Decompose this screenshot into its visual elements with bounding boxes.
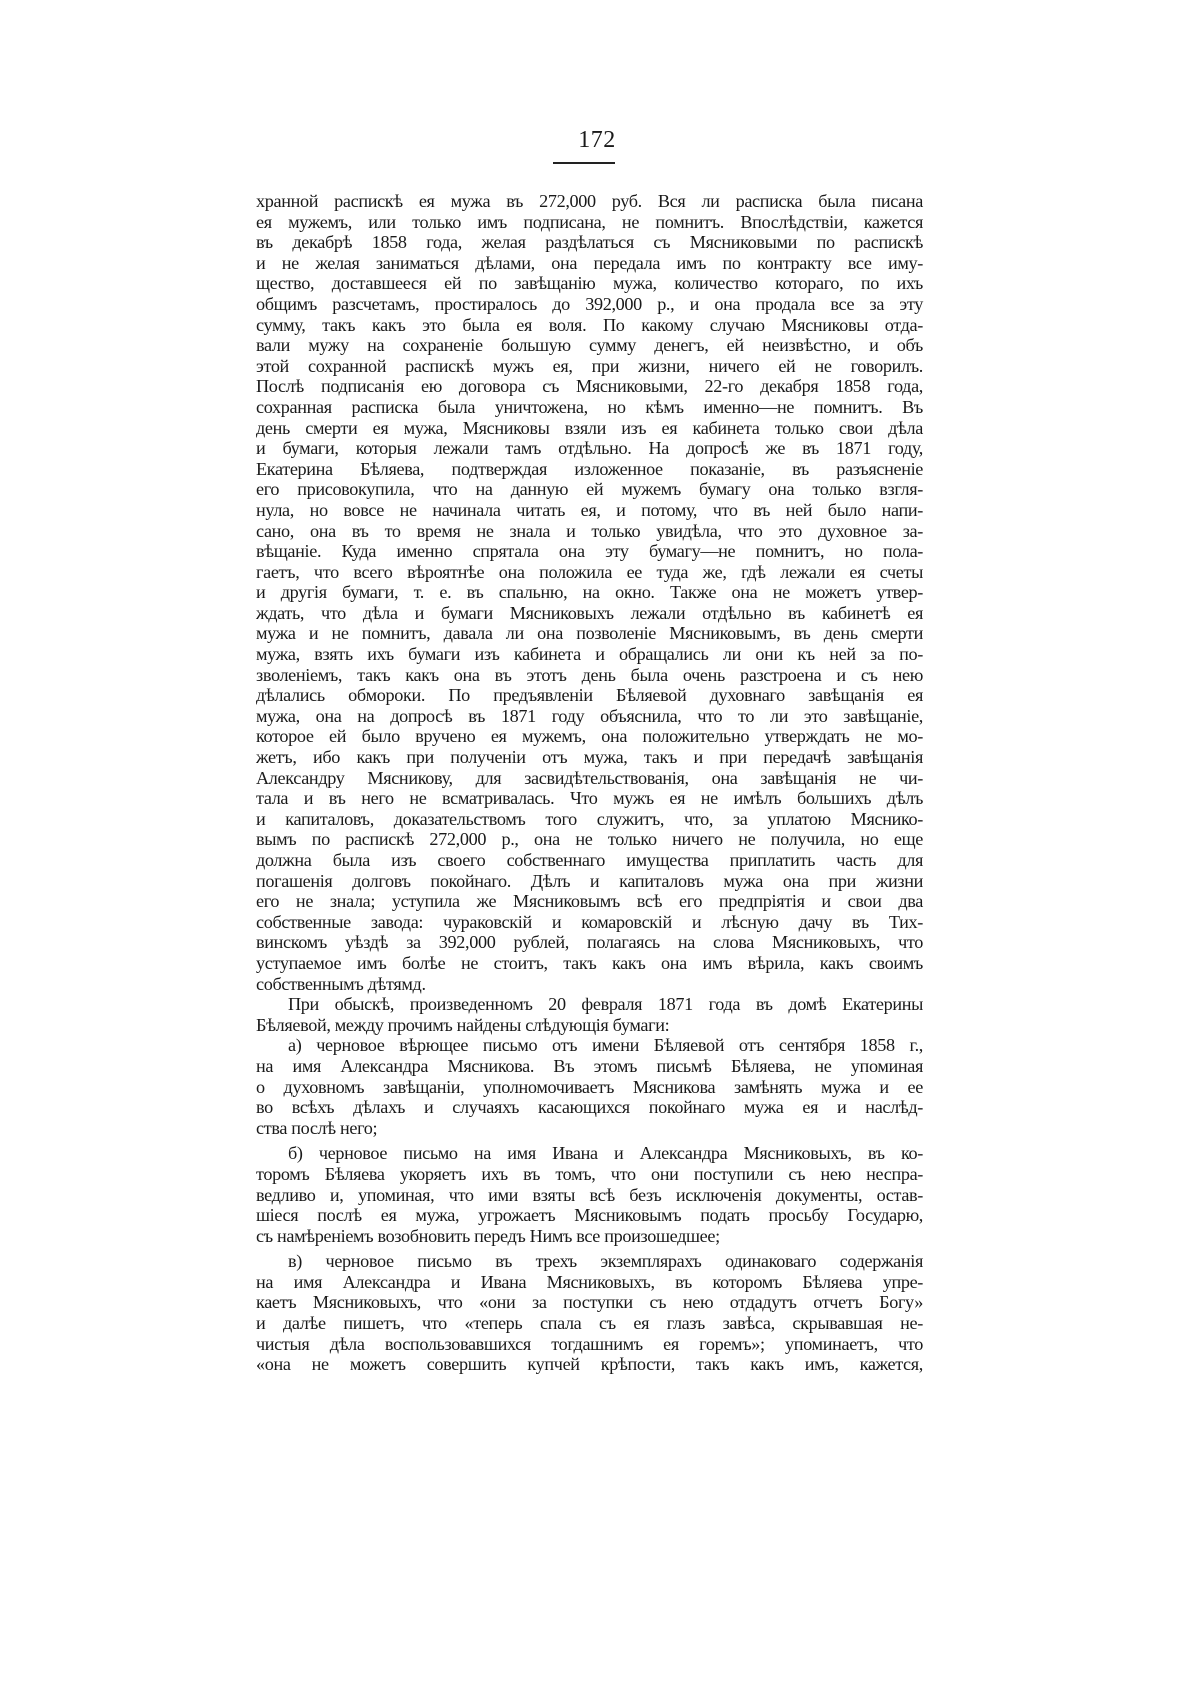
text-line: ждать, что дѣла и бумаги Мясниковыхъ леж… (256, 603, 923, 624)
text-line: съ намѣреніемъ возобновить передъ Нимъ в… (256, 1226, 923, 1247)
text-line: на имя Александра Мясникова. Въ этомъ пи… (256, 1056, 923, 1077)
text-line: общимъ разсчетамъ, простиралось до 392,0… (256, 294, 923, 315)
text-line: погашенія долговъ покойнаго. Дѣлъ и капи… (256, 871, 923, 892)
text-line: сано, она въ то время не знала и только … (256, 521, 923, 542)
text-line: нула, но вовсе не начинала читать ея, и … (256, 500, 923, 521)
text-line: зволеніемъ, такъ какъ она въ этотъ день … (256, 665, 923, 686)
text-line: мужа, она на допросѣ въ 1871 году объясн… (256, 706, 923, 727)
text-line: каетъ Мясниковыхъ, что «они за поступки … (256, 1292, 923, 1313)
text-line: мужа и не помнитъ, давала ли она позволе… (256, 623, 923, 644)
text-line: тала и въ него не всматривалась. Что муж… (256, 788, 923, 809)
text-line: «она не можетъ совершить купчей крѣпости… (256, 1354, 923, 1375)
text-line: и капиталовъ, доказательствомъ того служ… (256, 809, 923, 830)
page-number: 172 (0, 126, 1194, 154)
text-line: мужа, взять ихъ бумаги изъ кабинета и об… (256, 644, 923, 665)
text-line: ства послѣ него; (256, 1118, 923, 1139)
list-item-b: б) черновое письмо на имя Ивана и Алекса… (256, 1143, 923, 1246)
text-line: его присовокупила, что на данную ей муже… (256, 479, 923, 500)
paragraph-continuation: хранной распискѣ ея мужа въ 272,000 руб.… (256, 191, 923, 994)
text-line: и далѣе пишетъ, что «теперь спала съ ея … (256, 1313, 923, 1334)
text-line: Бѣляевой, между прочимъ найдены слѣдующі… (256, 1015, 923, 1036)
text-line: винскомъ уѣздѣ за 392,000 рублей, полага… (256, 932, 923, 953)
text-line: а) черновое вѣрющее письмо отъ имени Бѣл… (256, 1035, 923, 1056)
list-item-v: в) черновое письмо въ трехъ экземплярахъ… (256, 1251, 923, 1375)
text-line: ведливо и, упоминая, что ими взяты всѣ б… (256, 1185, 923, 1206)
text-line: Екатерина Бѣляева, подтверждая изложенно… (256, 459, 923, 480)
text-line: хранной распискѣ ея мужа въ 272,000 руб.… (256, 191, 923, 212)
text-line: на имя Александра и Ивана Мясниковыхъ, в… (256, 1272, 923, 1293)
text-line: должна была изъ своего собственнаго имущ… (256, 850, 923, 871)
text-line: сохранная расписка была уничтожена, но к… (256, 397, 923, 418)
text-line: Александру Мясникову, для засвидѣтельств… (256, 768, 923, 789)
body-text: хранной распискѣ ея мужа въ 272,000 руб.… (256, 191, 923, 1375)
text-line: во всѣхъ дѣлахъ и случаяхъ касающихся по… (256, 1097, 923, 1118)
text-line: При обыскѣ, произведенномъ 20 февраля 18… (256, 994, 923, 1015)
text-line: сумму, такъ какъ это была ея воля. По ка… (256, 315, 923, 336)
text-line: торомъ Бѣляева укоряетъ ихъ въ томъ, что… (256, 1164, 923, 1185)
text-line: б) черновое письмо на имя Ивана и Алекса… (256, 1143, 923, 1164)
text-line: день смерти ея мужа, Мясниковы взяли изъ… (256, 418, 923, 439)
text-line: въ декабрѣ 1858 года, желая раздѣлаться … (256, 232, 923, 253)
text-line: вѣщаніе. Куда именно спрятала она эту бу… (256, 541, 923, 562)
text-line: и не желая заниматься дѣлами, она переда… (256, 253, 923, 274)
text-line: собственнымъ дѣтямд. (256, 974, 923, 995)
text-line: жетъ, ибо какъ при полученіи отъ мужа, т… (256, 747, 923, 768)
text-line: Послѣ подписанія ею договора съ Мясников… (256, 376, 923, 397)
text-line: шіеся послѣ ея мужа, угрожаетъ Мясниковы… (256, 1205, 923, 1226)
text-line: уступаемое имъ болѣе не стоитъ, такъ как… (256, 953, 923, 974)
list-item-a: а) черновое вѣрющее письмо отъ имени Бѣл… (256, 1035, 923, 1138)
text-line: которое ей было вручено ея мужемъ, она п… (256, 726, 923, 747)
text-line: вали мужу на сохраненіе большую сумму де… (256, 335, 923, 356)
text-line: и другія бумаги, т. е. въ спальню, на ок… (256, 582, 923, 603)
paragraph-search: При обыскѣ, произведенномъ 20 февраля 18… (256, 994, 923, 1035)
text-line: дѣлались обмороки. По предъявленіи Бѣляе… (256, 685, 923, 706)
page-number-rule (553, 162, 615, 164)
text-line: в) черновое письмо въ трехъ экземплярахъ… (256, 1251, 923, 1272)
text-line: его не знала; уступила же Мясниковымъ вс… (256, 891, 923, 912)
text-line: чистыя дѣла воспользовавшихся тогдашнимъ… (256, 1334, 923, 1355)
text-line: вымъ по распискѣ 272,000 р., она не толь… (256, 829, 923, 850)
text-line: щество, доставшееся ей по завѣщанію мужа… (256, 273, 923, 294)
text-line: о духовномъ завѣщаніи, уполномочиваетъ М… (256, 1077, 923, 1098)
text-line: гаетъ, что всего вѣроятнѣе она положила … (256, 562, 923, 583)
text-line: и бумаги, которыя лежали тамъ отдѣльно. … (256, 438, 923, 459)
text-line: ея мужемъ, или только имъ подписана, не … (256, 212, 923, 233)
text-line: собственные завода: чураковскій и комаро… (256, 912, 923, 933)
text-line: этой сохранной распискѣ мужъ ея, при жиз… (256, 356, 923, 377)
